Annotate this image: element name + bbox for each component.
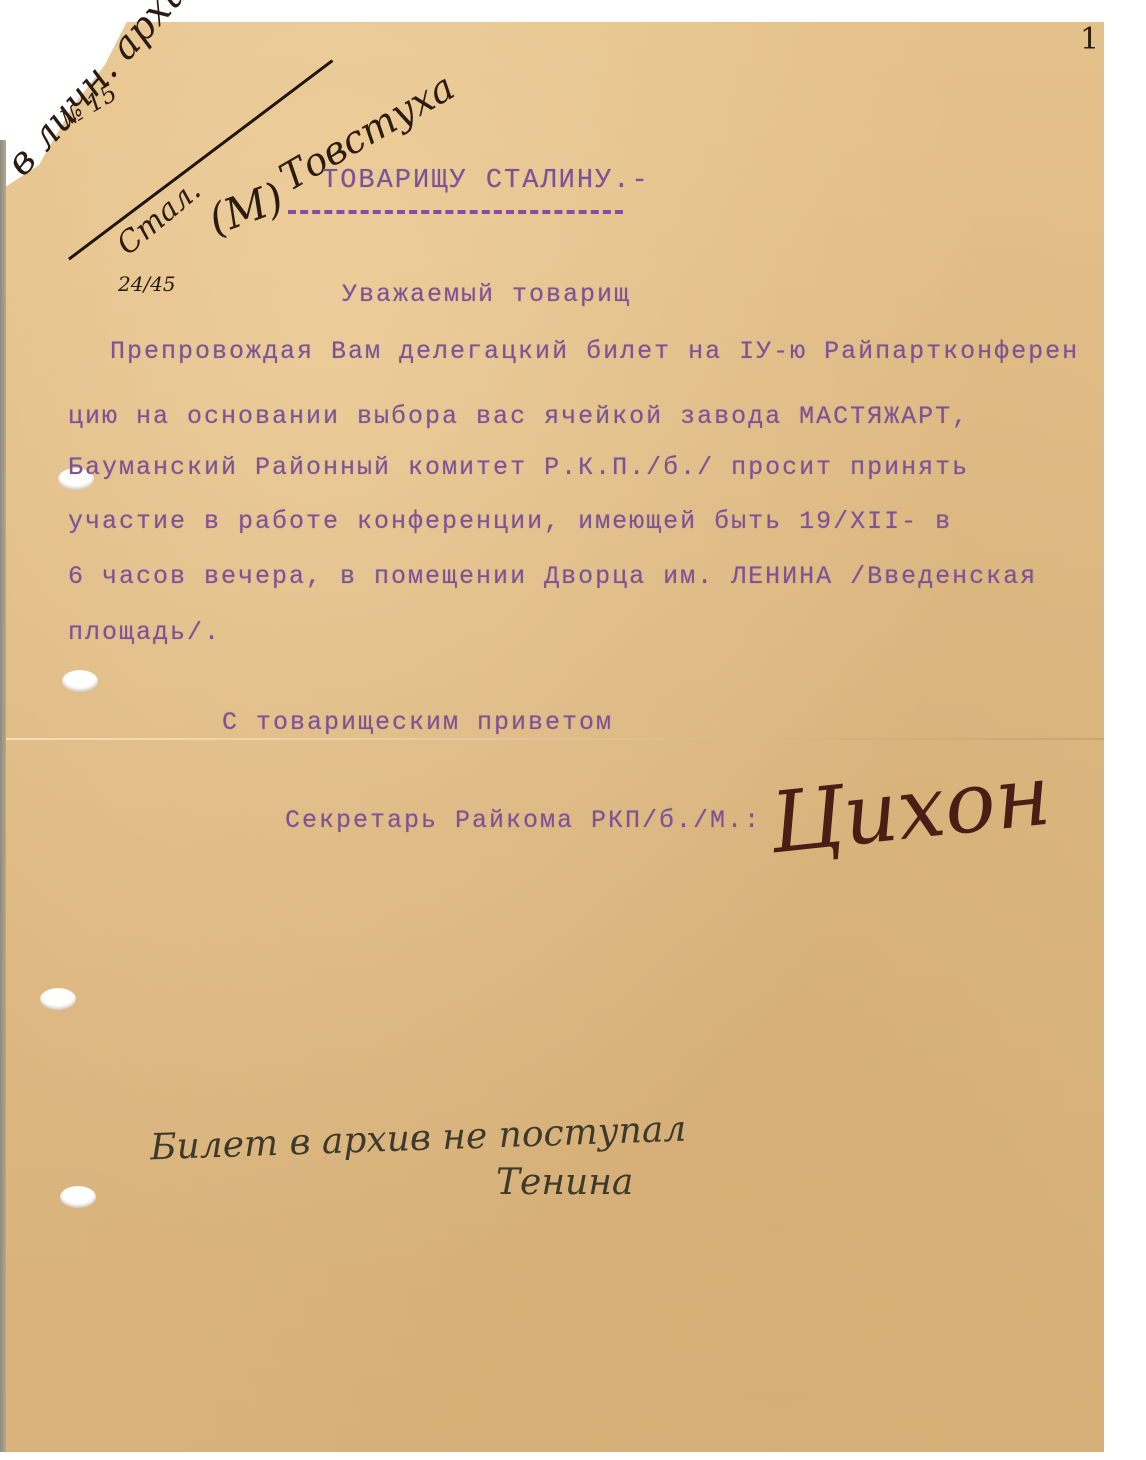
punch-hole: [40, 988, 76, 1010]
document-paper: [6, 22, 1104, 1452]
body-line-1: Препровождая Вам делегацкий билет на IУ-…: [110, 337, 1079, 366]
paper-left-edge: [0, 140, 6, 1452]
body-line-3: Бауманский Районный комитет Р.К.П./б./ п…: [68, 453, 969, 482]
punch-hole: [60, 1186, 96, 1208]
body-line-4: участие в работе конференции, имеющей бы…: [68, 507, 952, 536]
addressee-underline: [288, 210, 623, 214]
page-number: 1: [1080, 22, 1099, 57]
body-line-2: цию на основании выбора вас ячейкой заво…: [68, 402, 969, 431]
paper-fold-line: [6, 738, 1104, 740]
body-line-6: площадь/.: [68, 618, 221, 647]
salutation: Уважаемый товарищ: [342, 280, 631, 309]
signature-line: Секретарь Райкома РКП/б./М.:: [285, 806, 761, 835]
closing: С товарищеским приветом: [222, 708, 613, 737]
body-line-5: 6 часов вечера, в помещении Дворца им. Л…: [68, 562, 1037, 591]
addressee-heading: ТОВАРИЩУ СТАЛИНУ.-: [322, 166, 650, 196]
punch-hole: [62, 670, 98, 692]
handwritten-date: 24/45: [118, 272, 176, 296]
pencil-note-line2: Тенина: [496, 1162, 633, 1203]
